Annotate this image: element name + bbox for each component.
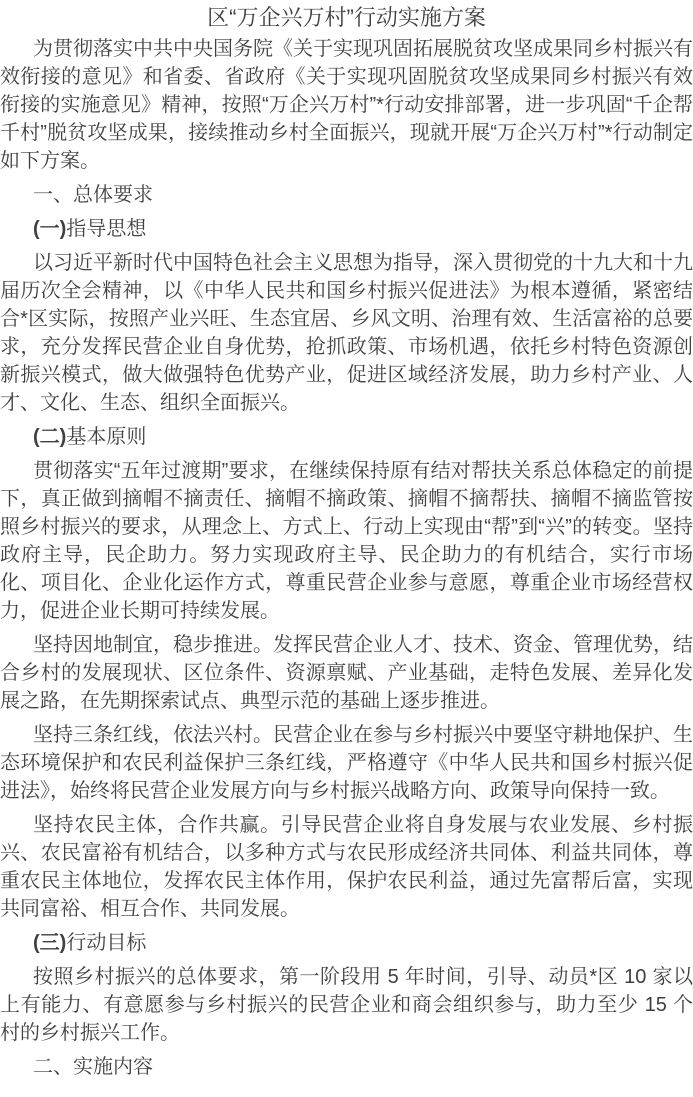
section-heading: (一)指导思想 (0, 215, 693, 243)
heading-number-label: (二) (33, 426, 66, 448)
section-heading: (三)行动目标 (0, 929, 693, 957)
paragraph: 坚持因地制宜，稳步推进。发挥民营企业人才、技术、资金、管理优势，结合乡村的发展现… (0, 631, 693, 715)
document-title: 区“万企兴万村”行动实施方案 (0, 3, 693, 33)
heading-number-label: (三) (33, 932, 66, 954)
heading-text: 基本原则 (66, 426, 146, 448)
section-heading: 二、实施内容 (0, 1053, 693, 1081)
heading-text: 指导思想 (66, 218, 146, 240)
heading-text: 行动目标 (66, 932, 146, 954)
document-body: 为贯彻落实中共中央国务院《关于实现巩固拓展脱贫攻坚成果同乡村振兴有效衔接的意见》… (0, 35, 693, 1081)
section-heading: 一、总体要求 (0, 181, 693, 209)
paragraph: 贯彻落实“五年过渡期”要求，在继续保持原有结对帮扶关系总体稳定的前提下，真正做到… (0, 457, 693, 625)
heading-number-label: (一) (33, 218, 66, 240)
section-heading: (二)基本原则 (0, 423, 693, 451)
paragraph: 坚持农民主体，合作共赢。引导民营企业将自身发展与农业发展、乡村振兴、农民富裕有机… (0, 811, 693, 923)
document-page: 区“万企兴万村”行动实施方案 为贯彻落实中共中央国务院《关于实现巩固拓展脱贫攻坚… (0, 0, 693, 1097)
paragraph: 为贯彻落实中共中央国务院《关于实现巩固拓展脱贫攻坚成果同乡村振兴有效衔接的意见》… (0, 35, 693, 175)
paragraph: 坚持三条红线，依法兴村。民营企业在参与乡村振兴中要坚守耕地保护、生态环境保护和农… (0, 721, 693, 805)
paragraph: 以习近平新时代中国特色社会主义思想为指导，深入贯彻党的十九大和十九届历次全会精神… (0, 249, 693, 417)
paragraph: 按照乡村振兴的总体要求，第一阶段用 5 年时间，引导、动员*区 10 家以上有能… (0, 963, 693, 1047)
